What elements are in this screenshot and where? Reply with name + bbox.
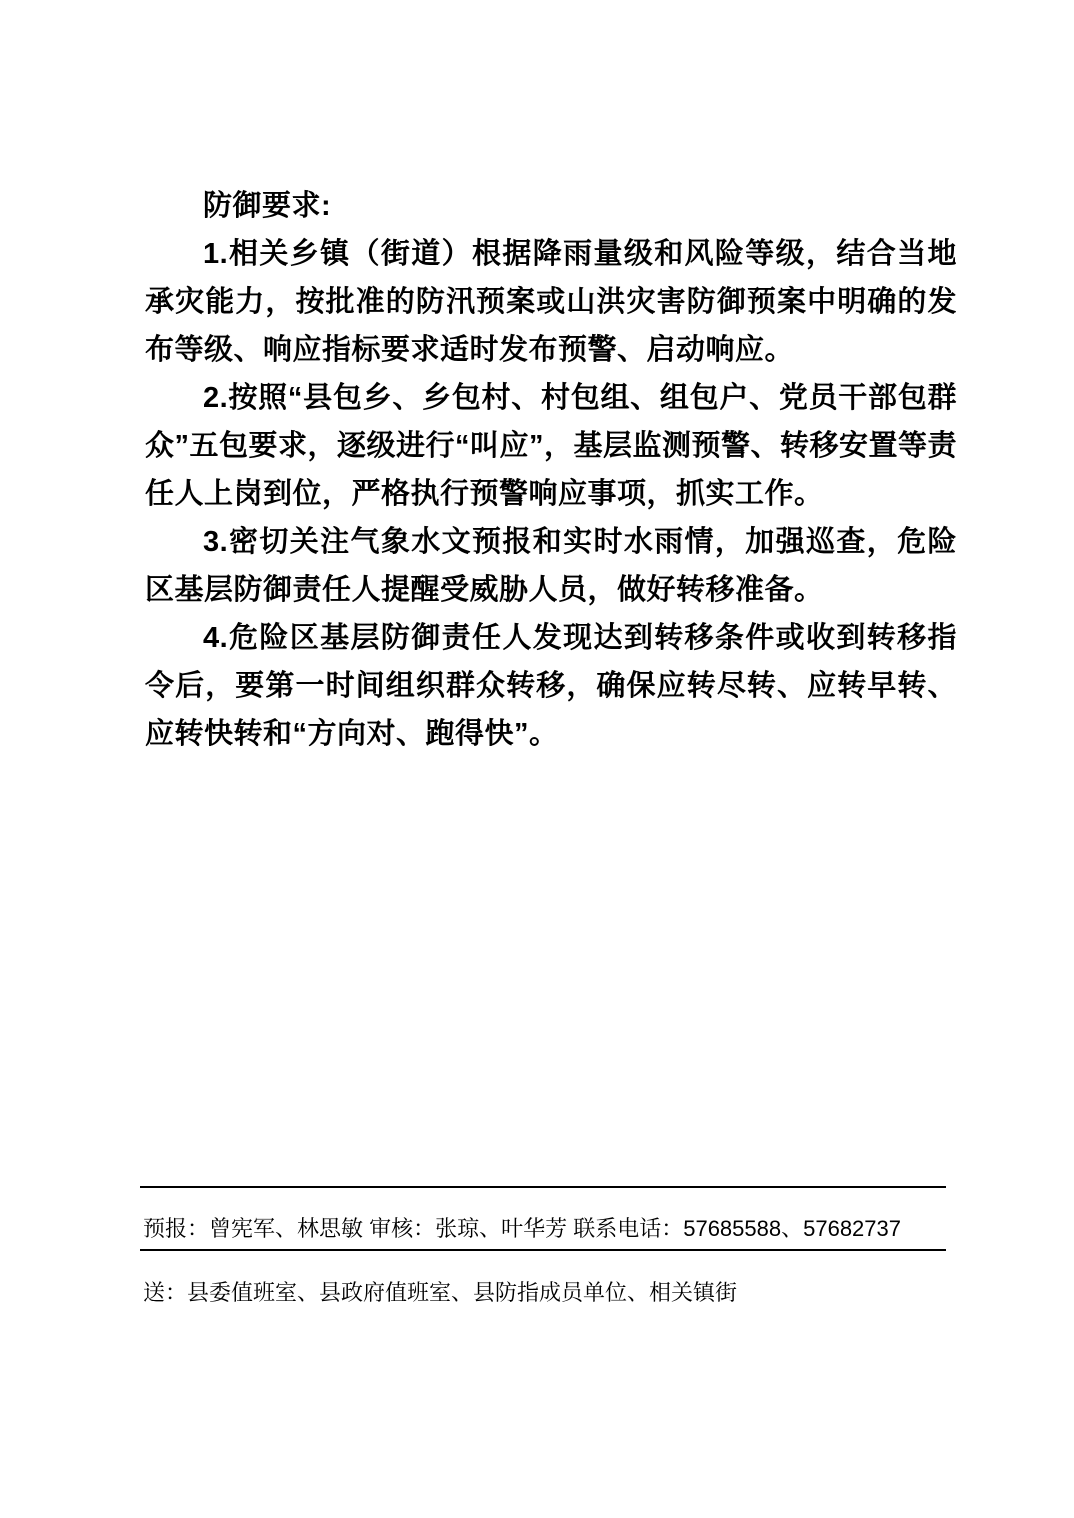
paragraph-requirement-4: 4.危险区基层防御责任人发现达到转移条件或收到转移指令后，要第一时间组织群众转移… bbox=[145, 614, 957, 758]
footer-distribution-line: 送：县委值班室、县政府值班室、县防指成员单位、相关镇街 bbox=[140, 1251, 946, 1305]
footer-contact-line: 预报：曾宪军、林思敏 审核：张琼、叶华芳 联系电话：57685588、57682… bbox=[140, 1188, 946, 1249]
document-page: 防御要求: 1.相关乡镇（街道）根据降雨量级和风险等级，结合当地承灾能力，按批准… bbox=[0, 0, 1074, 1518]
paragraph-requirement-2: 2.按照“县包乡、乡包村、村包组、组包户、党员干部包群众”五包要求，逐级进行“叫… bbox=[145, 374, 957, 518]
paragraph-requirement-1: 1.相关乡镇（街道）根据降雨量级和风险等级，结合当地承灾能力，按批准的防汛预案或… bbox=[145, 230, 957, 374]
section-heading: 防御要求: bbox=[145, 182, 957, 230]
paragraph-requirement-3: 3.密切关注气象水文预报和实时水雨情，加强巡查，危险区基层防御责任人提醒受威胁人… bbox=[145, 518, 957, 614]
document-body: 防御要求: 1.相关乡镇（街道）根据降雨量级和风险等级，结合当地承灾能力，按批准… bbox=[145, 182, 957, 758]
document-footer: 预报：曾宪军、林思敏 审核：张琼、叶华芳 联系电话：57685588、57682… bbox=[140, 1186, 946, 1305]
